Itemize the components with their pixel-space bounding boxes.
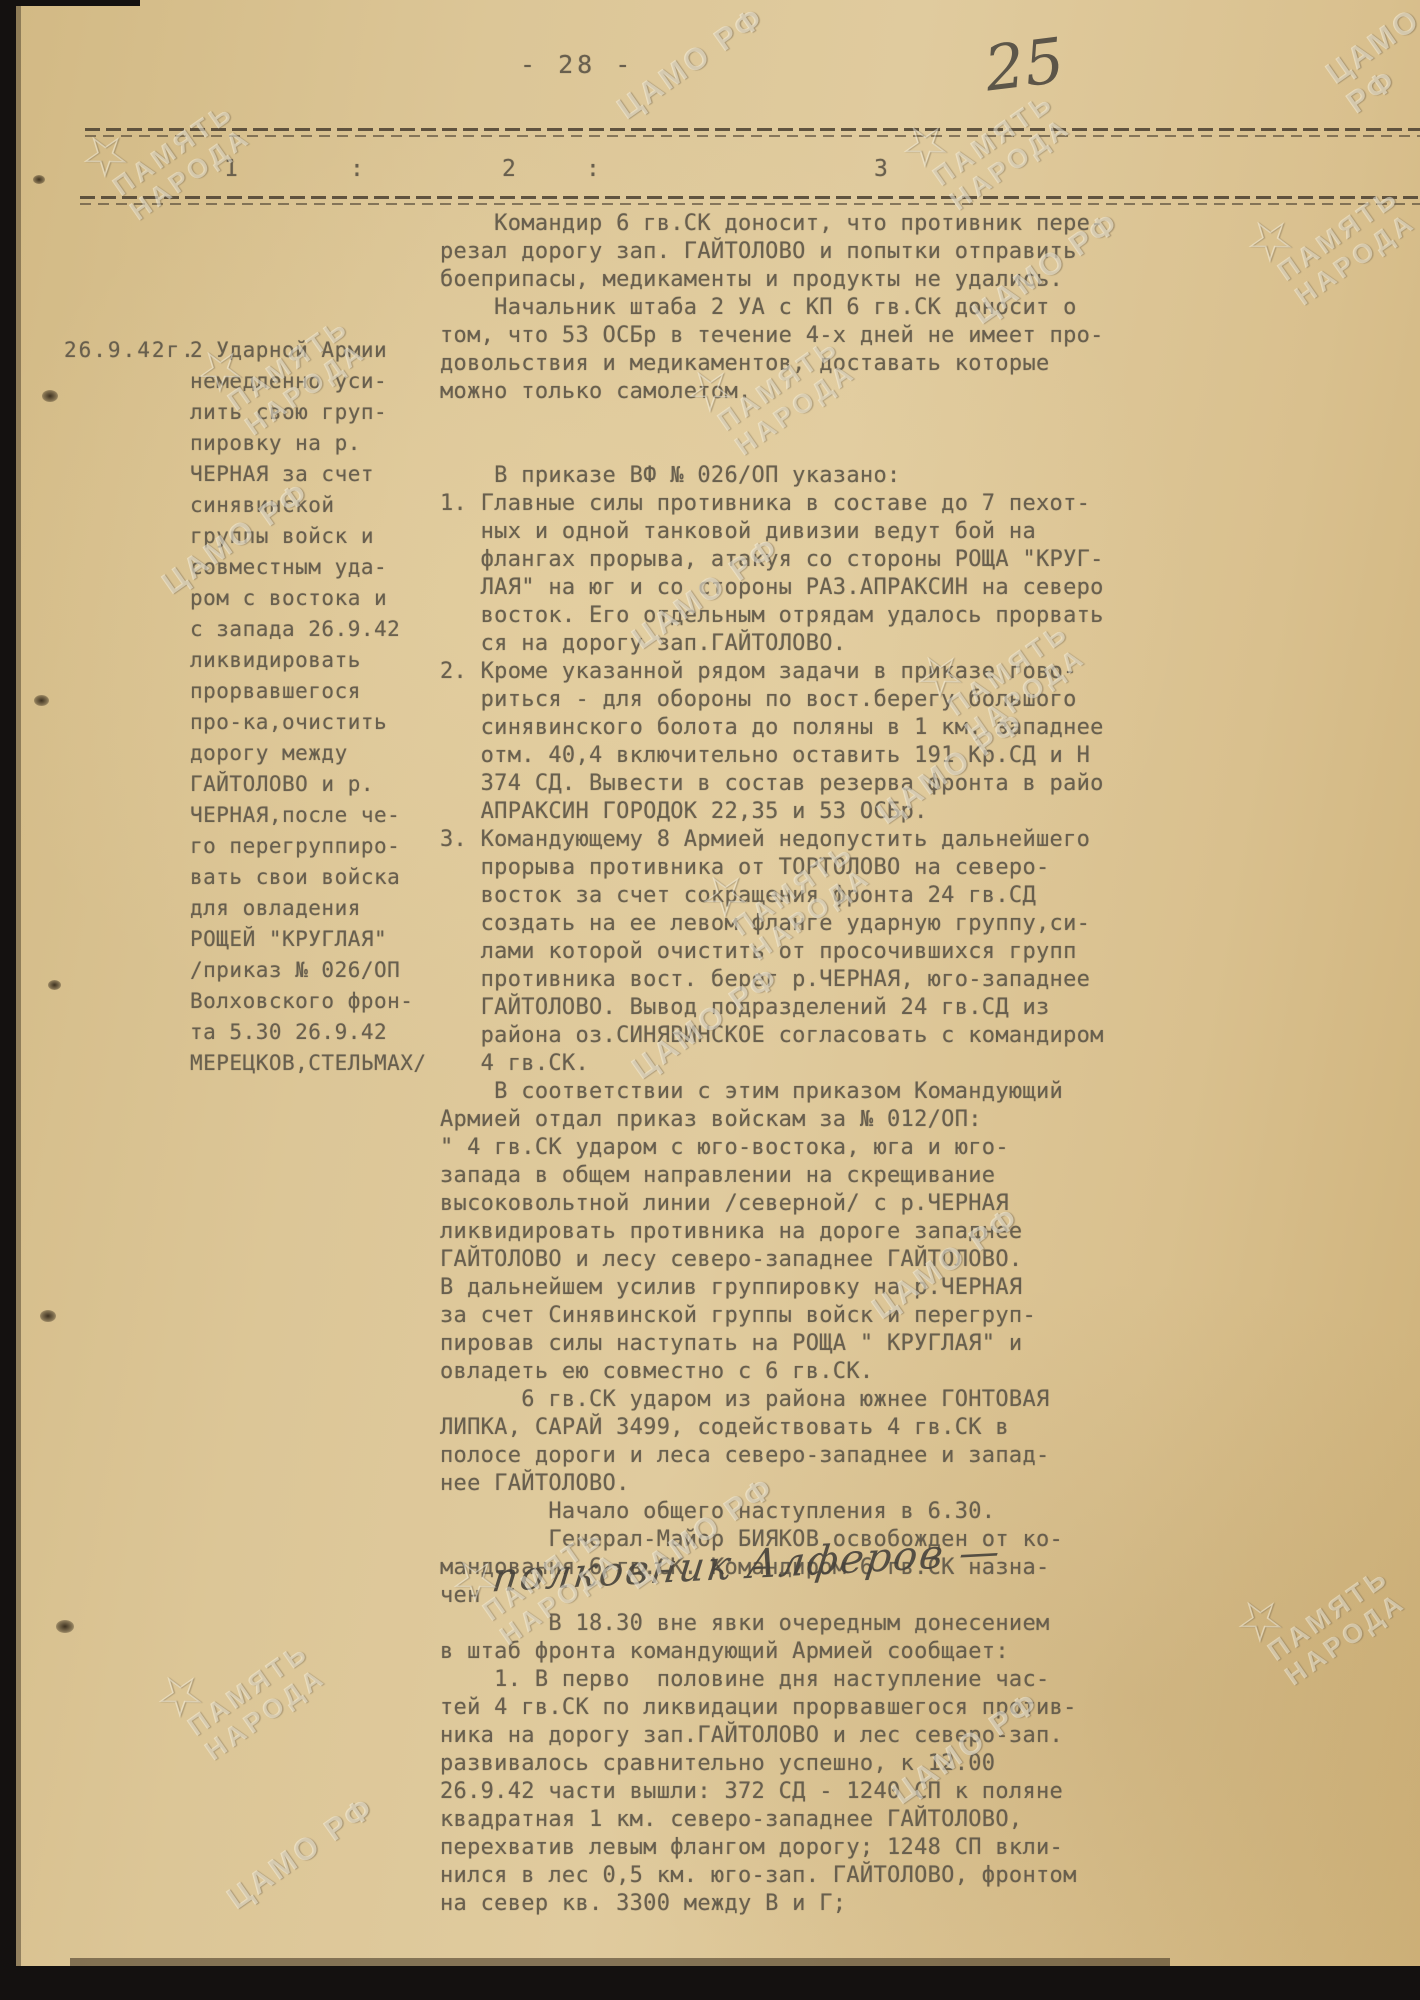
column-header-3: 3	[874, 156, 888, 182]
left-column-text: 2 Ударной Армии немедленно уси- лить сво…	[190, 335, 427, 1079]
document-page: - 28 - 25 1 : 2 : 3 26.9.42г. 2 Ударной …	[0, 0, 1420, 2000]
main-column-text: Командир 6 гв.СК доносит, что противник …	[440, 210, 1104, 1918]
left-column-date: 26.9.42г.	[64, 338, 196, 362]
scan-edge-top	[0, 0, 140, 6]
scan-edge-left	[0, 0, 16, 2000]
typed-page-number: - 28 -	[520, 50, 634, 79]
column-header-1: 1	[224, 156, 238, 182]
scan-edge-bottom	[0, 1966, 1420, 2000]
scan-edge-bottom-shadow	[70, 1958, 1170, 1966]
column-header-sep2: :	[586, 156, 600, 182]
paper-speck	[48, 980, 61, 990]
header-rule-bottom	[80, 196, 1420, 207]
column-header-sep1: :	[350, 156, 364, 182]
paper-speck	[34, 695, 49, 706]
scan-edge-left-shadow	[16, 0, 21, 2000]
column-header-2: 2	[502, 156, 516, 182]
paper-speck	[33, 175, 45, 184]
paper-speck	[42, 390, 58, 402]
header-rule-top	[85, 128, 1420, 139]
paper-speck	[40, 1310, 56, 1322]
paper-speck	[56, 1620, 74, 1633]
handwritten-page-number: 25	[981, 23, 1068, 105]
